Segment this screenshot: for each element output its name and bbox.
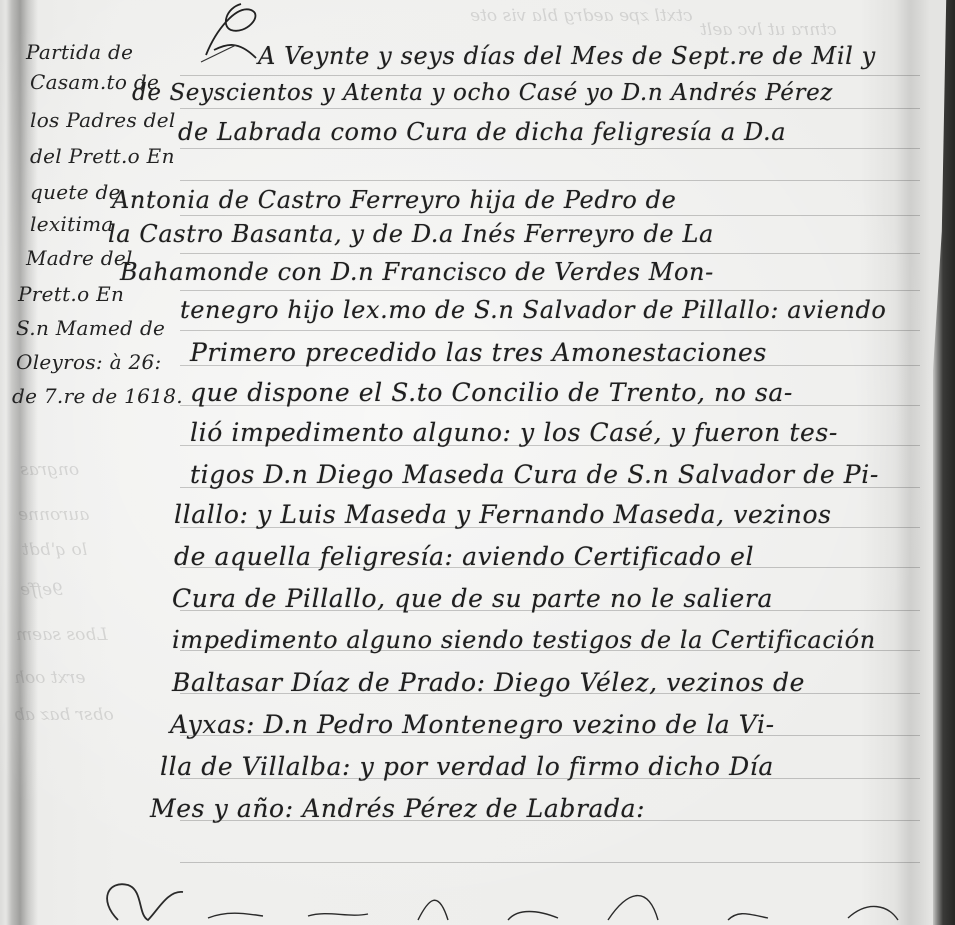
body-line: Cura de Pillallo, que de su parte no le …	[172, 584, 773, 613]
bleed-through-text: obsr baz ab	[14, 705, 114, 725]
next-entry-flourish-icon	[88, 880, 948, 925]
margin-note-line: los Padres del	[30, 108, 176, 132]
margin-note-line: Prett.o En	[18, 282, 124, 306]
ruled-line	[180, 253, 920, 254]
signature-line: Mes y año: Andrés Pérez de Labrada:	[150, 794, 645, 823]
margin-note-line: del Prett.o En	[30, 144, 175, 168]
body-line: la Castro Basanta, y de D.a Inés Ferreyr…	[108, 220, 714, 248]
body-line: Primero precedido las tres Amonestacione…	[190, 338, 767, 367]
bleed-through-text: ctxtl zpe aedrg bla vis ote	[470, 6, 693, 26]
margin-note-line: S.n Mamed de	[16, 316, 165, 340]
margin-note-line: de 7.re de 1618.	[12, 384, 183, 408]
ruled-line	[180, 862, 920, 863]
body-line: impedimento alguno siendo testigos de la…	[172, 626, 876, 654]
book-binding-edge	[933, 0, 955, 925]
body-line: Baltasar Díaz de Prado: Diego Vélez, vez…	[172, 668, 805, 697]
initial-flourish-icon	[196, 0, 266, 72]
ruled-line	[180, 148, 920, 149]
body-line: de Seyscientos y Atenta y ocho Casé yo D…	[132, 80, 833, 106]
body-line: tenegro hijo lex.mo de S.n Salvador de P…	[180, 296, 886, 324]
body-line: lla de Villalba: y por verdad lo firmo d…	[160, 752, 774, 781]
bleed-through-text: erxt ooh	[14, 668, 85, 688]
body-line: llallo: y Luis Maseda y Fernando Maseda,…	[174, 500, 832, 529]
body-line: de Labrada como Cura de dicha feligresía…	[178, 118, 786, 146]
manuscript-page: ctxtl zpe aedrg bla vis ote ctnra ut lvc…	[0, 0, 955, 925]
ruled-line	[180, 180, 920, 181]
ruled-line	[180, 108, 920, 109]
body-line: que dispone el S.to Concilio de Trento, …	[190, 378, 793, 407]
ruled-line	[180, 290, 920, 291]
body-line: de aquella feligresía: aviendo Certifica…	[174, 542, 754, 571]
ruled-line	[180, 75, 920, 76]
body-line: lió impedimento alguno: y los Casé, y fu…	[190, 418, 838, 447]
bleed-through-text: ongras	[20, 460, 79, 480]
margin-note-line: Oleyros: à 26:	[16, 350, 162, 374]
bleed-through-text: lo q'bdt	[22, 540, 87, 560]
bleed-through-text: 9effe	[20, 580, 63, 600]
body-line: A Veynte y seys días del Mes de Sept.re …	[258, 42, 876, 70]
margin-note-line: Madre del	[26, 246, 133, 270]
body-line: Ayxas: D.n Pedro Montenegro vezino de la…	[170, 710, 775, 739]
bleed-through-text: Lbos saem	[16, 625, 108, 645]
bleed-through-text: auronne	[18, 505, 89, 525]
body-line: tigos D.n Diego Maseda Cura de S.n Salva…	[190, 460, 879, 489]
body-line: Bahamonde con D.n Francisco de Verdes Mo…	[120, 258, 714, 286]
margin-note-line: Partida de	[26, 40, 133, 64]
bleed-through-text: ctnra ut lvc aelt	[700, 20, 837, 40]
ruled-line	[180, 330, 920, 331]
